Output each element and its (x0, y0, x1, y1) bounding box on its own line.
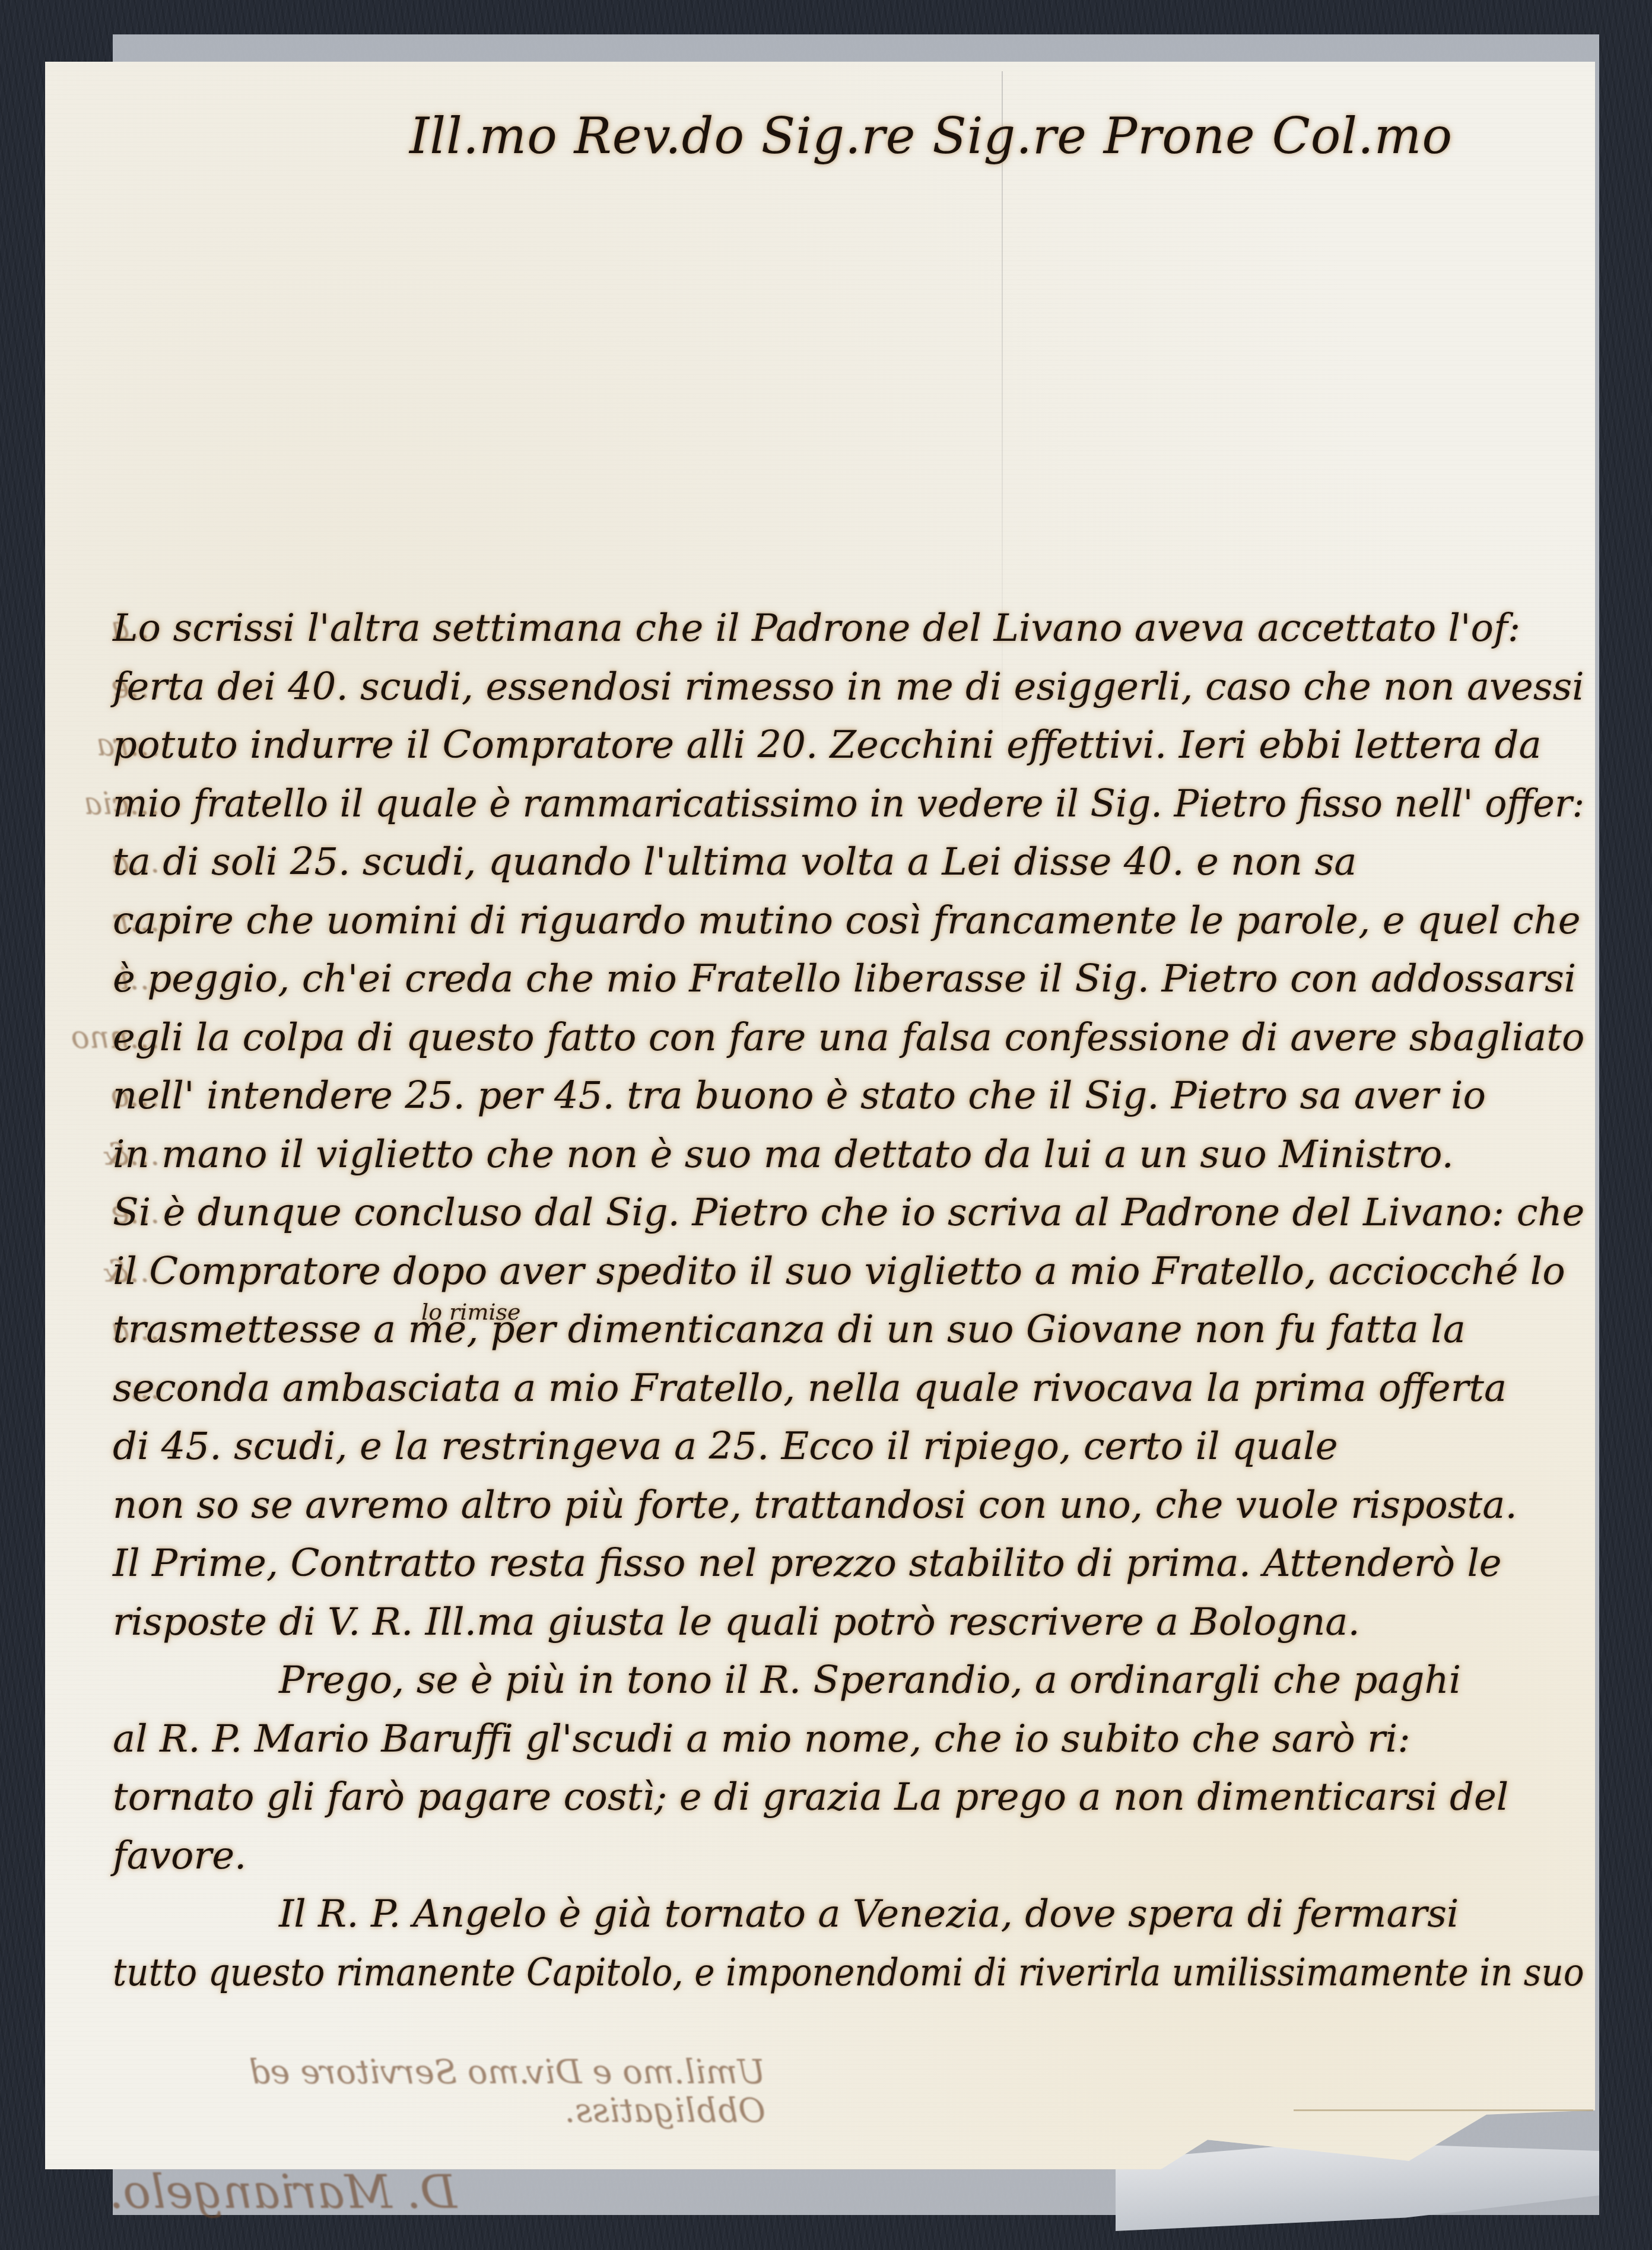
body-line-24: tutto questo rimanente Capitolo, e impon… (113, 1944, 1447, 2003)
body-line-21: tornato gli farò pagare costì; e di graz… (113, 1768, 1584, 1827)
letter-salutation: Ill.mo Rev.do Sig.re Sig.re Prone Col.mo (409, 107, 1453, 165)
body-line-7: è peggio, ch'ei creda che mio Fratello l… (113, 950, 1584, 1009)
body-line-10: in mano il viglietto che non è suo ma de… (113, 1126, 1584, 1184)
body-line-13-text: trasmettesse a me, per dimenticanza di u… (113, 1308, 1466, 1352)
body-line-1: Lo scrissi l'altra settimana che il Padr… (113, 599, 1584, 658)
body-line-6: capire che uomini di riguardo mutino cos… (113, 892, 1584, 951)
body-line-19: Prego, se è più in tono il R. Sperandio,… (113, 1651, 1584, 1710)
body-line-12: il Compratore dopo aver spedito il suo v… (113, 1242, 1584, 1301)
body-line-2: ferta dei 40. scudi, essendosi rimesso i… (113, 658, 1580, 717)
body-line-3: potuto indurre il Compratore alli 20. Ze… (113, 716, 1584, 775)
letter-body: Lo scrissi l'altra settimana che il Padr… (113, 599, 1584, 2002)
verso-closing-formula: Umil.mo e Div.mo Servitore ed Obbligatis… (53, 2053, 765, 2130)
paper-bottom-crease (1294, 2109, 1593, 2111)
verso-signature-name: D. Mariangelo. (53, 2166, 765, 2219)
body-line-5: ta di soli 25. scudi, quando l'ultima vo… (113, 833, 1584, 892)
body-line-11: Si è dunque concluso dal Sig. Pietro che… (113, 1184, 1583, 1242)
verso-signature-bleed-through: Umil.mo e Div.mo Servitore ed Obbligatis… (53, 2053, 765, 2219)
body-line-13: trasmettesse a me, per dimenticanza di u… (113, 1301, 1584, 1359)
body-line-22: favore. (113, 1827, 1584, 1886)
body-line-8: egli la colpa di questo fatto con fare u… (113, 1009, 1581, 1067)
interlinear-insertion: lo rimise (421, 1283, 521, 1342)
body-line-15: di 45. scudi, e la restringeva a 25. Ecc… (113, 1418, 1584, 1476)
body-line-14: seconda ambasciata a mio Fratello, nella… (113, 1359, 1584, 1418)
body-line-23: Il R. P. Angelo è già tornato a Venezia,… (113, 1885, 1584, 1944)
body-line-17: Il Prime, Contratto resta fisso nel prez… (113, 1534, 1584, 1593)
body-line-16: non so se avremo altro più forte, tratta… (113, 1476, 1584, 1535)
body-line-4: mio fratello il quale è rammaricatissimo… (113, 775, 1535, 834)
body-line-18: risposte di V. R. Ill.ma giusta le quali… (113, 1593, 1584, 1652)
body-line-9: nell' intendere 25. per 45. tra buono è … (113, 1067, 1584, 1126)
body-line-20: al R. P. Mario Baruffi gl'scudi a mio no… (113, 1710, 1584, 1769)
